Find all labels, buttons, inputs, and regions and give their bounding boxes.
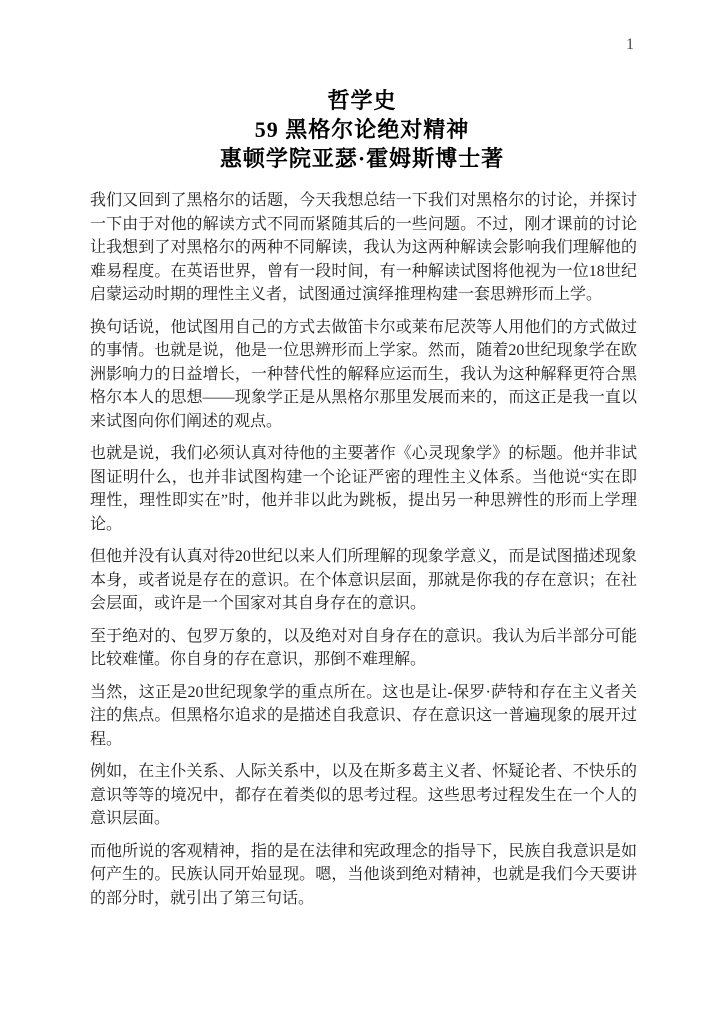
page-number: 1 xyxy=(626,36,634,54)
document-subtitle: 59 黑格尔论绝对精神 xyxy=(0,115,724,144)
document-page: 1 哲学史 59 黑格尔论绝对精神 惠顿学院亚瑟·霍姆斯博士著 我们又回到了黑格… xyxy=(0,0,724,1024)
paragraph-5: 至于绝对的、包罗万象的，以及绝对对自身存在的意识。我认为后半部分可能比较难懂。你… xyxy=(90,625,637,672)
paragraph-3: 也就是说，我们必须认真对待他的主要著作《心灵现象学》的标题。他并非试图证明什么，… xyxy=(90,442,637,536)
document-author: 惠顿学院亚瑟·霍姆斯博士著 xyxy=(0,144,724,173)
paragraph-1: 我们又回到了黑格尔的话题，今天我想总结一下我们对黑格尔的讨论，并探讨一下由于对他… xyxy=(90,189,637,307)
paragraph-4: 但他并没有认真对待20世纪以来人们所理解的现象学意义，而是试图描述现象本身，或者… xyxy=(90,545,637,616)
paragraph-8: 而他所说的客观精神，指的是在法律和宪政理念的指导下，民族自我意识是如何产生的。民… xyxy=(90,840,637,911)
paragraph-6: 当然，这正是20世纪现象学的重点所在。这也是让-保罗·萨特和存在主义者关注的焦点… xyxy=(90,681,637,752)
document-header: 哲学史 59 黑格尔论绝对精神 惠顿学院亚瑟·霍姆斯博士著 xyxy=(0,0,724,173)
document-title: 哲学史 xyxy=(0,86,724,115)
paragraph-7: 例如，在主仆关系、人际关系中，以及在斯多葛主义者、怀疑论者、不快乐的意识等等的境… xyxy=(90,760,637,831)
paragraph-2: 换句话说，他试图用自己的方式去做笛卡尔或莱布尼茨等人用他们的方式做过的事情。也就… xyxy=(90,316,637,434)
document-body: 我们又回到了黑格尔的话题，今天我想总结一下我们对黑格尔的讨论，并探讨一下由于对他… xyxy=(90,189,637,910)
